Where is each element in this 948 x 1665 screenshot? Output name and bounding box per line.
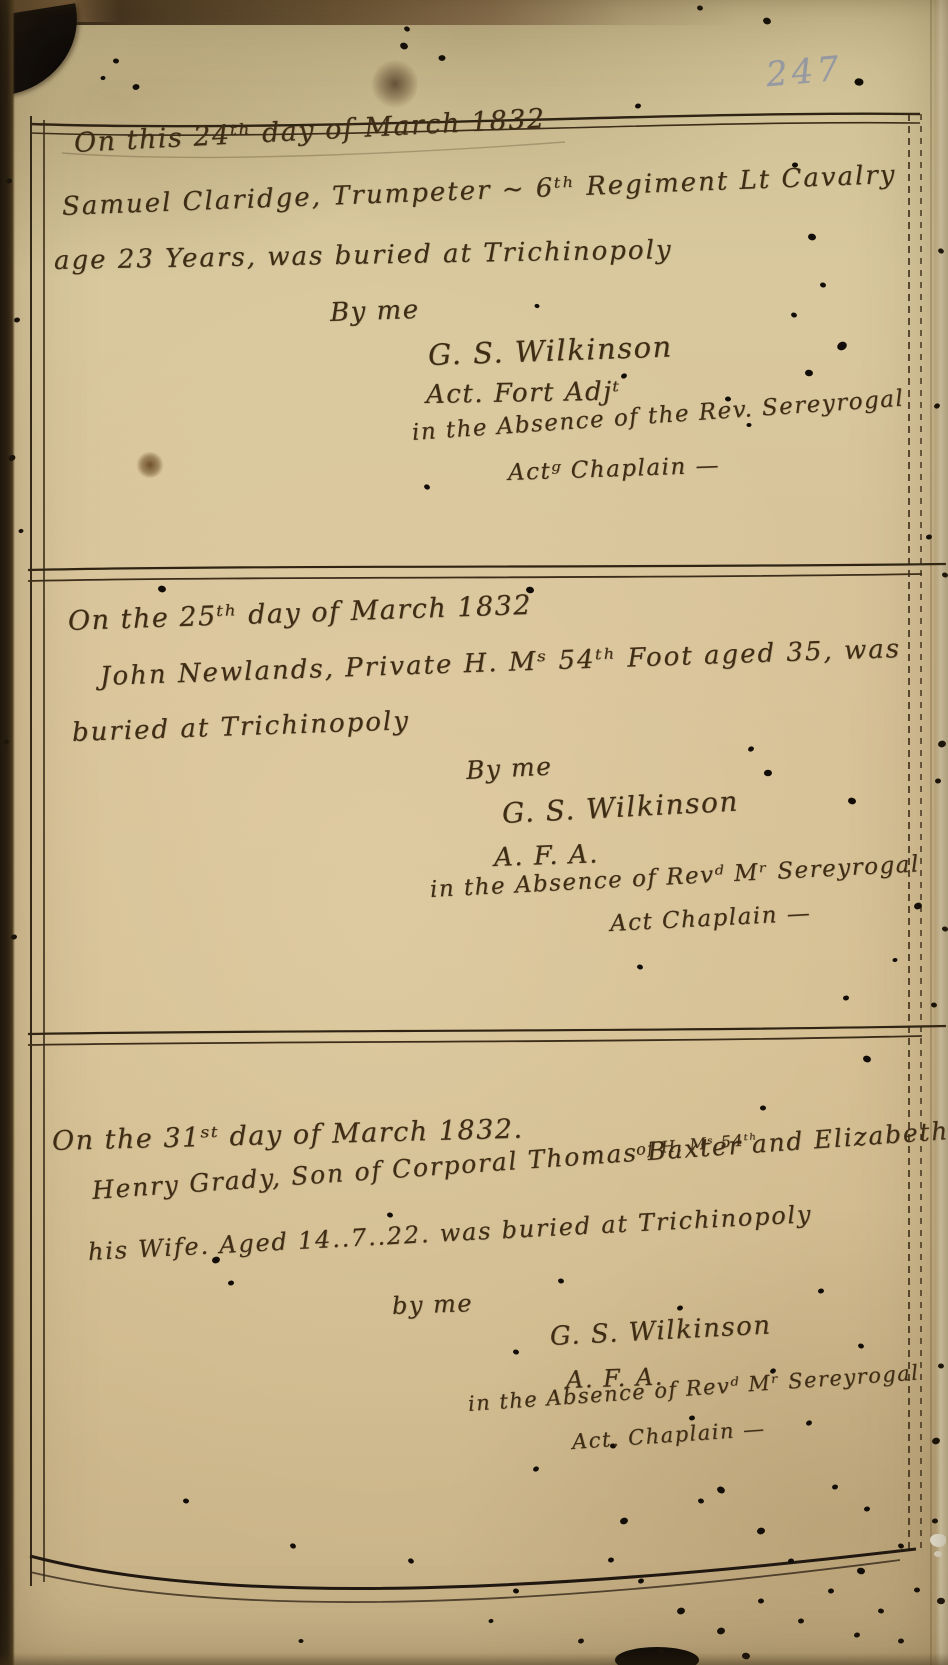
burial-register-page: 247 On this 24ᵗʰ day of March 1832 Samue… xyxy=(0,0,948,1665)
page-vignette xyxy=(0,0,948,1665)
